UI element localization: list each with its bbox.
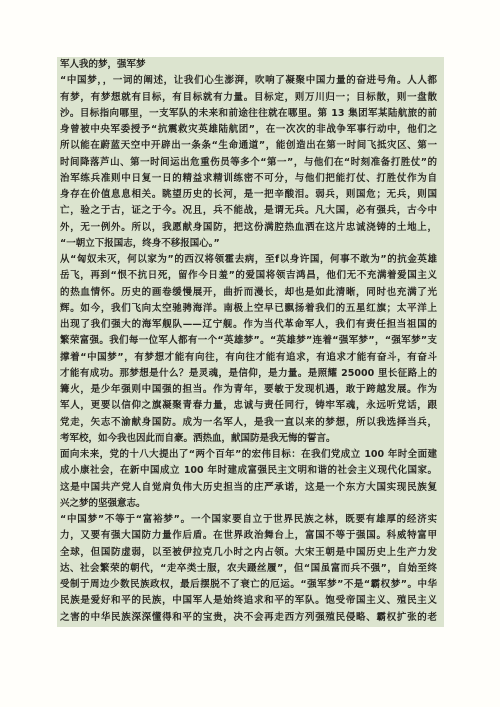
document-body: “中国梦，，一词的阐述，让我们心生澎湃，吹响了凝聚中国力量的奋进号角。人人都有梦… (60, 73, 437, 626)
document-text-block: 军人我的梦，强军梦 “中国梦，，一词的阐述，让我们心生澎湃，吹响了凝聚中国力量的… (57, 57, 444, 627)
text-line: 面向未来，党的十八大提出了“两个百年”的宏伟目标：在我们党成立 100 年时全面… (60, 447, 437, 463)
text-line: 之害的中华民族深深懂得和平的宝贵，决不会再走西方列强殖民侵略、霸权扩张的老 (60, 610, 437, 626)
text-line: 篝火，是少年强则中国强的担当。作为青年，要敏于发现机遇，敢于跨越发展。作为 (60, 382, 437, 398)
text-line: 身存在价值息息相关。眺望历史的长河，是一把辛酸泪。弱兵，则国危；无兵，则国 (60, 187, 437, 203)
text-line: 沙。目标指向哪里，一支军队的未来和前途往往就在哪里。第 13 集团军某陆航旅的前 (60, 106, 437, 122)
text-line: “中国梦”不等于“富裕梦”。一个国家要自立于世界民族之林，既要有雄厚的经济实 (60, 512, 437, 528)
text-line: 辉。如今，我们飞向太空驰骋海洋。南极上空早已飘扬着我们的五星红旗；太平洋上 (60, 301, 437, 317)
text-line: 身曾被中央军委授予“抗震救灾英雄陆航团”，在一次次的非战争军事行动中，他们之 (60, 122, 437, 138)
text-line: 兴之梦的坚强意志。 (60, 496, 437, 512)
text-line: 军人，更要以信仰之旗凝聚青春力量，忠诚与责任同行，铸牢军魂，永远听党话，跟 (60, 398, 437, 414)
text-line: 民族是爱好和平的民族，中国军人是始终追求和平的军队。饱受帝国主义、殖民主义 (60, 593, 437, 609)
document-title: 军人我的梦，强军梦 (60, 57, 437, 73)
text-line: 繁荣富强。我们每一位军人都有一个“英雄梦”。“英雄梦”连着“强军梦”，“强军梦”… (60, 333, 437, 349)
text-line: 力，又要有强大国防力量作后盾。在世界政治舞台上，富国不等于强国。科威特富甲 (60, 528, 437, 544)
text-line: 受制于周边少数民族政权，最后摆脱不了衰亡的厄运。“强军梦”不是“霸权梦”。中华 (60, 577, 437, 593)
text-line: 所以能在蔚蓝天空中开辟出一条条“生命通道”，能创造出在第一时间飞抵灾区、第一 (60, 138, 437, 154)
text-line: “一朝立下报国志，终身不移报国心。” (60, 236, 437, 252)
text-line: 外，无一例外。所以，我愿献身国防，把这份满腔热血洒在这片忠诚浇铸的土地上， (60, 220, 437, 236)
text-line: 有梦，有梦想就有目标，有目标就有力量。目标定，则万川归一；目标散，则一盘散 (60, 90, 437, 106)
text-line: 从“匈奴未灭，何以家为”的西汉将领霍去病，至f以身许国，何事不敢为”的抗金英雄 (60, 252, 437, 268)
text-line: 这是中国共产党人自觉肩负伟大历史担当的庄严承诺，这是一个东方大国实现民族复 (60, 480, 437, 496)
text-line: 考军校，如今我也因此而自豪。洒热血，献国防是我无悔的誓言。 (60, 431, 437, 447)
text-line: 成小康社会，在新中国成立 100 年时建成富强民主文明和谐的社会主义现代化国家。 (60, 463, 437, 479)
text-line: 才能有成功。那梦想是什么？是灵魂，是信仰，是力量。是照耀 25000 里长征路上… (60, 366, 437, 382)
text-line: 时间降落芦山、第一时间运出危重伤员等多个“第一”，与他们在“时刻准备打胜仗”的 (60, 155, 437, 171)
text-line: “中国梦，，一词的阐述，让我们心生澎湃，吹响了凝聚中国力量的奋进号角。人人都 (60, 73, 437, 89)
text-line: 岳飞，再到“恨不抗日死，留作今日羞”的爱国将领吉鸿昌，他们无不充满着爱国主义 (60, 268, 437, 284)
text-line: 党走，矢志不渝献身国防。成为一名军人，是我一直以来的梦想，所以我选择当兵， (60, 415, 437, 431)
text-line: 撑着“中国梦”，有梦想才能有向往，有向往才能有追求，有追求才能有奋斗，有奋斗 (60, 350, 437, 366)
text-line: 亡，验之于古，证之于今。况且，兵不能战，是谓无兵。凡大国，必有强兵，古今中 (60, 203, 437, 219)
text-line: 治军练兵准则中日复一日的精益求精训练密不可分，与他们把能打仗、打胜仗作为自 (60, 171, 437, 187)
text-line: 的热血情怀。历史的画卷缓慢展开，曲折而漫长，却也是如此清晰，同时也充满了光 (60, 285, 437, 301)
text-line: 出现了我们强大的海军舰队——辽宁舰。作为当代革命军人，我们有责任担当祖国的 (60, 317, 437, 333)
text-line: 达、社会繁荣的朝代，“走卒类士服，农夫蹑丝履”，但“国虽富而兵不强”，自始至终 (60, 561, 437, 577)
text-line: 全球，但国防虚弱，以至被伊拉克几小时之内占领。大宋王朝是中国历史上生产力发 (60, 545, 437, 561)
